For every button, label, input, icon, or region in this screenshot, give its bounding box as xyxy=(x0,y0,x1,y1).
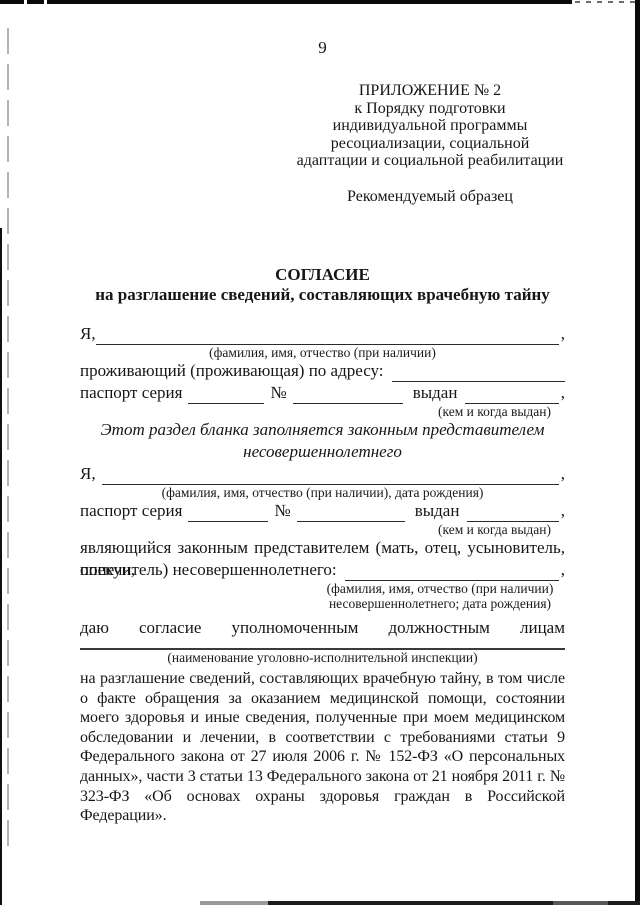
issued-blank-2 xyxy=(467,502,559,522)
passport-number-blank-2 xyxy=(297,502,405,522)
passport-number-blank-1 xyxy=(293,384,403,404)
issued-hint-1: (кем и когда выдан) xyxy=(80,404,565,419)
scan-fold-line xyxy=(7,28,9,846)
title-subtitle: на разглашение сведений, составляющих вр… xyxy=(80,285,565,305)
passport-line-1: паспорт серия № выдан , xyxy=(80,382,565,404)
document-page: 9 ПРИЛОЖЕНИЕ № 2 к Порядку подготовки ин… xyxy=(0,0,640,905)
numero-sign: № xyxy=(274,500,290,522)
issued-label: выдан xyxy=(415,500,460,522)
passport-series-blank-1 xyxy=(188,384,264,404)
comma: , xyxy=(559,500,565,522)
appendix-line: ПРИЛОЖЕНИЕ № 2 xyxy=(295,82,565,100)
fio-blank-2 xyxy=(102,465,559,485)
guardian-heading-line: несовершеннолетнего xyxy=(80,441,565,463)
passport-line-2: паспорт серия № выдан , xyxy=(80,500,565,522)
inspection-hint: (наименование уголовно-исполнительной ин… xyxy=(80,650,565,665)
appendix-line: к Порядку подготовки xyxy=(295,100,565,118)
ya-label: Я, xyxy=(80,463,96,485)
sample-note: Рекомендуемый образец xyxy=(295,188,565,206)
scan-border-bottom xyxy=(200,901,268,905)
scan-border-top-notch xyxy=(44,0,47,4)
issued-label: выдан xyxy=(413,382,458,404)
passport-series-blank-2 xyxy=(188,502,268,522)
fio-hint-1: (фамилия, имя, отчество (при наличии) xyxy=(80,345,565,360)
consent-give-line: даю согласие уполномоченным должностным … xyxy=(80,617,565,639)
comma: , xyxy=(559,382,565,404)
scan-border-right xyxy=(635,0,640,905)
issued-hint-2: (кем и когда выдан) xyxy=(80,522,565,537)
issued-blank-1 xyxy=(465,384,559,404)
page-number: 9 xyxy=(80,38,565,58)
guardian-heading-line: Этот раздел бланка заполняется законным … xyxy=(80,419,565,441)
comma: , xyxy=(559,323,565,345)
ya-label: Я, xyxy=(80,323,96,345)
address-line: проживающий (проживающая) по адресу: xyxy=(80,360,565,382)
numero-sign: № xyxy=(270,382,286,404)
minor-hint-line: несовершеннолетнего; дата рождения) xyxy=(315,596,565,611)
representative-line-2: попечитель) несовершеннолетнего: , xyxy=(80,559,565,581)
passport-series-label: паспорт серия xyxy=(80,382,182,404)
consent-body-paragraph: на разглашение сведений, составляющих вр… xyxy=(80,669,565,826)
scan-border-top-notch xyxy=(24,0,27,4)
title-line: СОГЛАСИЕ xyxy=(80,265,565,285)
comma: , xyxy=(559,559,565,581)
fio-blank-1 xyxy=(96,325,559,345)
guardian-section-heading: Этот раздел бланка заполняется законным … xyxy=(80,419,565,463)
passport-series-label: паспорт серия xyxy=(80,500,182,522)
fio-line-1: Я, , xyxy=(80,323,565,345)
appendix-line: ресоциализации, социальной xyxy=(295,135,565,153)
appendix-line: адаптации и социальной реабилитации xyxy=(295,152,565,170)
scan-border-left xyxy=(0,228,2,905)
representative-line-1: являющийся законным представителем (мать… xyxy=(80,537,565,559)
fio-line-2: Я, , xyxy=(80,463,565,485)
appendix-block: ПРИЛОЖЕНИЕ № 2 к Порядку подготовки инди… xyxy=(295,82,565,205)
document-title: СОГЛАСИЕ на разглашение сведений, состав… xyxy=(80,265,565,305)
scan-border-top-dots xyxy=(575,1,640,3)
minor-fio-blank xyxy=(345,561,559,581)
minor-hint-line: (фамилия, имя, отчество (при наличии) xyxy=(315,581,565,596)
comma: , xyxy=(559,463,565,485)
representative-label: попечитель) несовершеннолетнего: xyxy=(80,559,337,581)
address-blank xyxy=(392,362,565,382)
document-content: 9 ПРИЛОЖЕНИЕ № 2 к Порядку подготовки ин… xyxy=(80,0,565,826)
address-label: проживающий (проживающая) по адресу: xyxy=(80,360,384,382)
scan-border-bottom xyxy=(553,901,608,905)
appendix-line: индивидуальной программы xyxy=(295,117,565,135)
fio-hint-2: (фамилия, имя, отчество (при наличии), д… xyxy=(80,485,565,500)
